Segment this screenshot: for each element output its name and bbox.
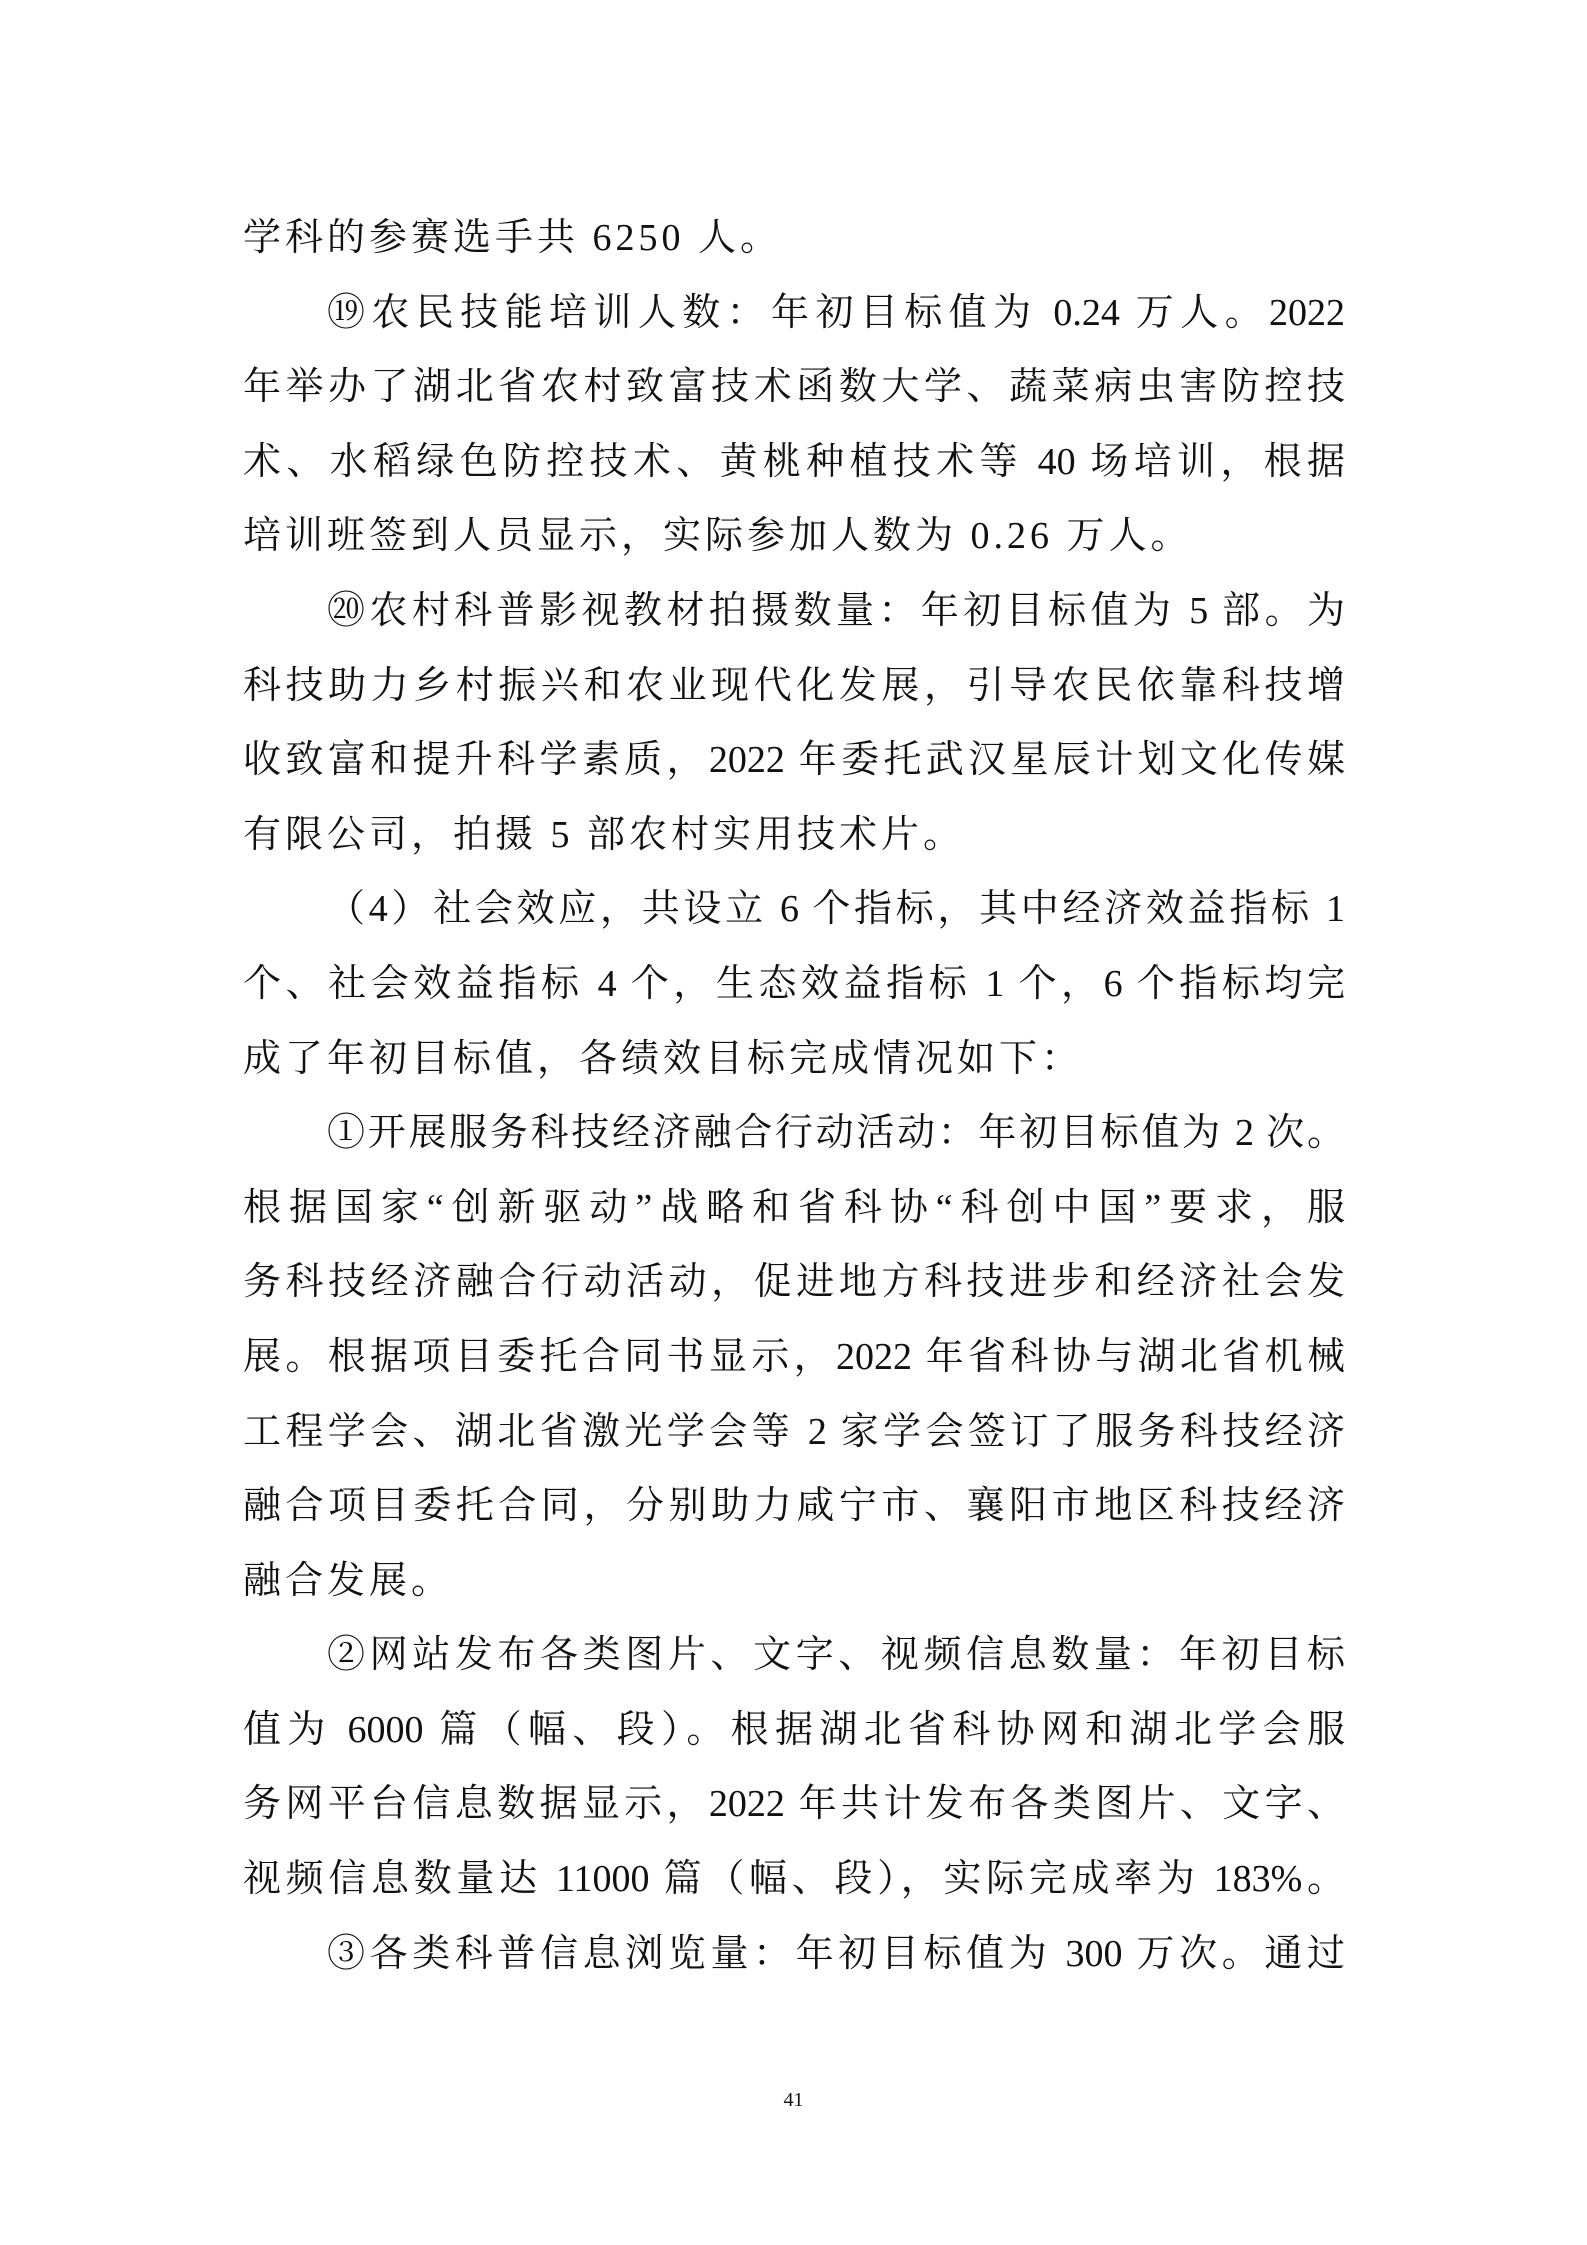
text-line: 融合发展。 — [243, 1544, 1345, 1619]
text-line: 年举办了湖北省农村致富技术函数大学、蔬菜病虫害防控技 — [243, 350, 1345, 425]
text-line: ⑲农民技能培训人数：年初目标值为 0.24 万人。2022 — [243, 276, 1345, 351]
document-page: 学科的参赛选手共 6250 人。 ⑲农民技能培训人数：年初目标值为 0.24 万… — [0, 0, 1587, 2245]
paragraph-s4-item-3-page-views: ③各类科普信息浏览量：年初目标值为 300 万次。通过 — [243, 1917, 1345, 1992]
paragraph-s4-item-2-website-posts: ②网站发布各类图片、文字、视频信息数量：年初目标 值为 6000 篇（幅、段）。… — [243, 1618, 1345, 1916]
text-line: 展。根据项目委托合同书显示，2022 年省科协与湖北省机械 — [243, 1320, 1345, 1395]
text-line: 根据国家“创新驱动”战略和省科协“科创中国”要求，服 — [243, 1171, 1345, 1246]
text-line: ②网站发布各类图片、文字、视频信息数量：年初目标 — [243, 1618, 1345, 1693]
text-line: 务科技经济融合行动活动，促进地方科技进步和经济社会发 — [243, 1245, 1345, 1320]
text-line: 务网平台信息数据显示，2022 年共计发布各类图片、文字、 — [243, 1767, 1345, 1842]
section-heading-line: （4）社会效应，共设立 6 个指标，其中经济效益指标 1 — [243, 872, 1345, 947]
text-line: 个、社会效益指标 4 个，生态效益指标 1 个，6 个指标均完 — [243, 947, 1345, 1022]
page-number: 41 — [0, 2086, 1587, 2114]
text-line: 融合项目委托合同，分别助力咸宁市、襄阳市地区科技经济 — [243, 1469, 1345, 1544]
text-line: ⑳农村科普影视教材拍摄数量：年初目标值为 5 部。为 — [243, 574, 1345, 649]
paragraph-s4-item-1-tech-econ-integration: ①开展服务科技经济融合行动活动：年初目标值为 2 次。 根据国家“创新驱动”战略… — [243, 1096, 1345, 1618]
text-line: 科技助力乡村振兴和农业现代化发展，引导农民依靠科技增 — [243, 649, 1345, 724]
text-line: 术、水稻绿色防控技术、黄桃种植技术等 40 场培训，根据 — [243, 425, 1345, 500]
paragraph-item-19-farmer-training: ⑲农民技能培训人数：年初目标值为 0.24 万人。2022 年举办了湖北省农村致… — [243, 276, 1345, 574]
text-line: 工程学会、湖北省激光学会等 2 家学会签订了服务科技经济 — [243, 1395, 1345, 1470]
body-text: 学科的参赛选手共 6250 人。 ⑲农民技能培训人数：年初目标值为 0.24 万… — [243, 201, 1345, 1991]
text-line: 视频信息数量达 11000 篇（幅、段），实际完成率为 183%。 — [243, 1842, 1345, 1917]
text-line: 学科的参赛选手共 6250 人。 — [243, 201, 1345, 276]
text-line: ③各类科普信息浏览量：年初目标值为 300 万次。通过 — [243, 1917, 1345, 1992]
section-4-social-effect: （4）社会效应，共设立 6 个指标，其中经济效益指标 1 个、社会效益指标 4 … — [243, 872, 1345, 1096]
text-line: 有限公司，拍摄 5 部农村实用技术片。 — [243, 798, 1345, 873]
text-line: 值为 6000 篇（幅、段）。根据湖北省科协网和湖北学会服 — [243, 1693, 1345, 1768]
text-line: ①开展服务科技经济融合行动活动：年初目标值为 2 次。 — [243, 1096, 1345, 1171]
text-line: 成了年初目标值，各绩效目标完成情况如下： — [243, 1022, 1345, 1097]
paragraph-item-20-rural-video: ⑳农村科普影视教材拍摄数量：年初目标值为 5 部。为 科技助力乡村振兴和农业现代… — [243, 574, 1345, 872]
text-line: 培训班签到人员显示，实际参加人数为 0.26 万人。 — [243, 499, 1345, 574]
text-line: 收致富和提升科学素质，2022 年委托武汉星辰计划文化传媒 — [243, 723, 1345, 798]
paragraph-item-18-tail: 学科的参赛选手共 6250 人。 — [243, 201, 1345, 276]
